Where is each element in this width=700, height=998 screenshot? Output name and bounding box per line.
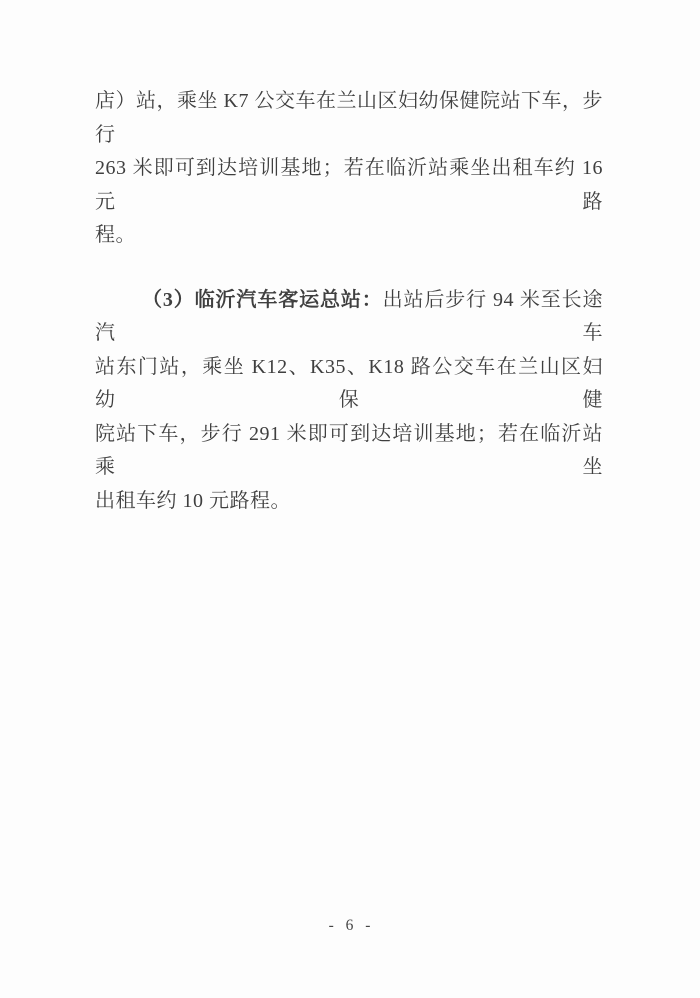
text-line: 263 米即可到达培训基地；若在临沂站乘坐出租车约 16 元路 xyxy=(95,152,603,219)
text-line: 店）站，乘坐 K7 公交车在兰山区妇幼保健院站下车，步行 xyxy=(95,85,603,152)
text-line: 院站下车，步行 291 米即可到达培训基地；若在临沂站乘坐 xyxy=(95,418,603,485)
text-line: （3）临沂汽车客运总站：出站后步行 94 米至长途汽车 xyxy=(95,284,603,351)
document-text-block: 店）站，乘坐 K7 公交车在兰山区妇幼保健院站下车，步行 263 米即可到达培训… xyxy=(95,85,603,518)
document-page: 店）站，乘坐 K7 公交车在兰山区妇幼保健院站下车，步行 263 米即可到达培训… xyxy=(0,0,700,998)
paragraph-lead-label: （3）临沂汽车客运总站： xyxy=(142,289,383,311)
text-line: 出租车约 10 元路程。 xyxy=(95,485,603,519)
page-number: - 6 - xyxy=(0,917,700,935)
paragraph-item-3: （3）临沂汽车客运总站：出站后步行 94 米至长途汽车 站东门站，乘坐 K12、… xyxy=(95,284,603,519)
paragraph-continuation: 店）站，乘坐 K7 公交车在兰山区妇幼保健院站下车，步行 263 米即可到达培训… xyxy=(95,85,603,253)
text-line: 程。 xyxy=(95,219,603,253)
text-line: 站东门站，乘坐 K12、K35、K18 路公交车在兰山区妇幼保健 xyxy=(95,351,603,418)
